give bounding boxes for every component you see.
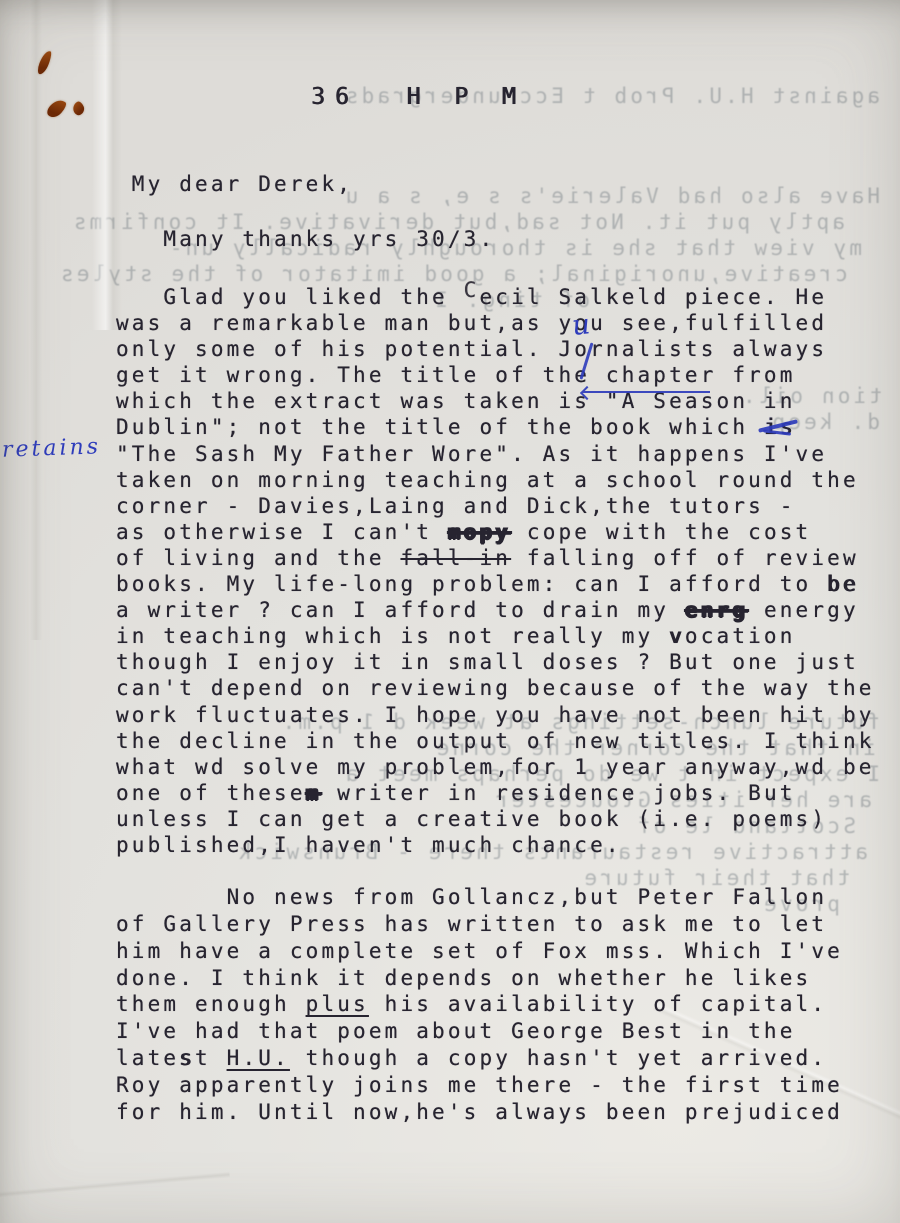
typed-segment: v [669,624,685,648]
typed-segment: books. My life-long problem: can I affor… [116,572,827,596]
typed-segment: be [827,572,859,596]
typed-line: latest H.U. though a copy hasn't yet arr… [116,1045,843,1072]
typed-segment: one of these [116,781,306,805]
typed-segment: what wd solve my problem,for 1 year anyw… [116,755,875,779]
typed-segment: published,I haven't much chance. [116,833,622,857]
typed-line: the decline in the output of new titles.… [116,728,875,754]
typed-segment: ecil Salkeld piece. He [479,285,827,309]
typed-line: get it wrong. The title of the chapter f… [116,362,875,388]
rust-stain [45,96,69,120]
typed-line: corner - Davies,Laing and Dick,the tutor… [116,493,875,519]
typed-segment: late [116,1046,179,1070]
pen-annotation-hw: u [570,307,594,342]
bleedthrough-line: Have also had Valerie's s e, s a u [343,184,880,208]
typed-segment: falling off of review [511,546,859,570]
typed-paragraph-1: Glad you liked the Cecil Salkeld piece. … [116,284,875,858]
typed-segment: t [195,1046,227,1070]
typed-segment: energy [748,598,859,622]
bleedthrough-line: creative,unoriginal; a good imitator of … [58,262,848,286]
typed-segment: of living and the [116,546,400,570]
typed-line: though I enjoy it in small doses ? But o… [116,649,875,675]
typed-line: I've had that poem about George Best in … [116,1018,843,1045]
typed-segment: done. I think it depends on whether he l… [116,966,811,990]
rust-stain [71,100,86,116]
typed-line: as otherwise I can't mopy cope with the … [116,519,875,545]
typed-line: "The Sash My Father Wore". As it happens… [116,441,875,467]
typed-segment: corner - Davies,Laing and Dick,the tutor… [116,494,796,518]
typed-segment: ocation [685,624,796,648]
typed-line: a writer ? can I afford to drain my enrg… [116,597,875,623]
typed-line: unless I can get a creative book (i.e. p… [116,806,875,832]
typed-line: only some of his potential. Jornalists a… [116,336,875,362]
typed-segment: fall-in [400,546,511,570]
pen-annotation-arrow [582,366,710,393]
typed-line: published,I haven't much chance. [116,832,875,858]
typed-line: Roy apparently joins me there - the firs… [116,1072,843,1099]
pen-annotation-hw: retains [2,434,102,462]
typed-line: of living and the fall-in falling off of… [116,545,875,571]
typed-segment: Roy apparently joins me there - the firs… [116,1073,843,1097]
typed-segment: was a remarkable man but,as you see,fulf… [116,311,827,335]
typed-line: books. My life-long problem: can I affor… [116,571,875,597]
typed-segment: his availability of capital. [369,992,827,1016]
typed-line: taken on morning teaching at a school ro… [116,467,875,493]
typed-line: them enough plus his availability of cap… [116,991,843,1018]
typed-line: which the extract was taken is "A Season… [116,388,875,414]
typed-segment: of Gallery Press has written to ask me t… [116,912,827,936]
typed-segment: writer in residence jobs. But [321,781,795,805]
typed-line: for him. Until now,he's always been prej… [116,1099,843,1126]
typed-segment: the decline in the output of new titles.… [116,729,875,753]
typed-line: what wd solve my problem,for 1 year anyw… [116,754,875,780]
typed-segment: I've had that poem about George Best in … [116,1019,796,1043]
typed-segment: unless I can get a creative book (i.e. p… [116,807,827,831]
typed-segment: them enough [116,992,306,1016]
typed-segment: a writer ? can I afford to drain my [116,598,685,622]
typed-segment: s [179,1046,195,1070]
rust-stain [36,49,53,76]
typed-segment: in teaching which is not really my [116,624,669,648]
typed-line: can't depend on reviewing because of the… [116,675,875,701]
typed-segment: for him. Until now,he's always been prej… [116,1100,843,1124]
letter-page: against H.U. Prob t Ecc undergradsHave a… [0,0,900,1223]
typed-segment: enrg [685,598,748,622]
typed-line: was a remarkable man but,as you see,fulf… [116,310,875,336]
page-header: 36 H P M [311,84,526,110]
typed-segment: taken on morning teaching at a school ro… [116,468,859,492]
typed-segment: as otherwise I can't [116,520,448,544]
typed-segment: plus [306,992,369,1016]
typed-line: work fluctuates. I hope you have not bee… [116,702,875,728]
typed-segment: Glad you liked the [116,285,464,309]
typed-segment: C [464,278,480,302]
typed-segment: can't depend on reviewing because of the… [116,676,875,700]
paper-crease [30,0,42,640]
typed-segment: work fluctuates. I hope you have not bee… [116,703,875,727]
typed-segment: Dublin"; not the title of the book which [116,415,764,439]
typed-line: him have a complete set of Fox mss. Whic… [116,938,843,965]
typed-line: done. I think it depends on whether he l… [116,965,843,992]
typed-line: in teaching which is not really my vocat… [116,623,875,649]
typed-segment: "The Sash My Father Wore". As it happens… [116,442,827,466]
typed-segment: though I enjoy it in small doses ? But o… [116,650,859,674]
typed-segment: him have a complete set of Fox mss. Whic… [116,939,843,963]
typed-line: one of thesem writer in residence jobs. … [116,780,875,806]
typed-line: Glad you liked the Cecil Salkeld piece. … [116,284,875,310]
typed-segment: though a copy hasn't yet arrived. [290,1046,827,1070]
typed-line: No news from Gollancz,but Peter Fallon [116,884,843,911]
typed-segment: H.U. [227,1046,290,1070]
typed-paragraph-2: No news from Gollancz,but Peter Fallonof… [116,884,843,1126]
typed-line: of Gallery Press has written to ask me t… [116,911,843,938]
salutation: My dear Derek, [116,172,353,196]
typed-segment: only some of his potential. Jornalists a… [116,337,827,361]
thanks-line: Many thanks yrs 30/3. [116,227,495,251]
typed-segment: mopy [448,520,511,544]
typed-segment: No news from Gollancz,but Peter Fallon [116,885,827,909]
paper-crease [0,1172,230,1199]
typed-segment: m [306,781,322,805]
typed-segment: cope with the cost [511,520,811,544]
